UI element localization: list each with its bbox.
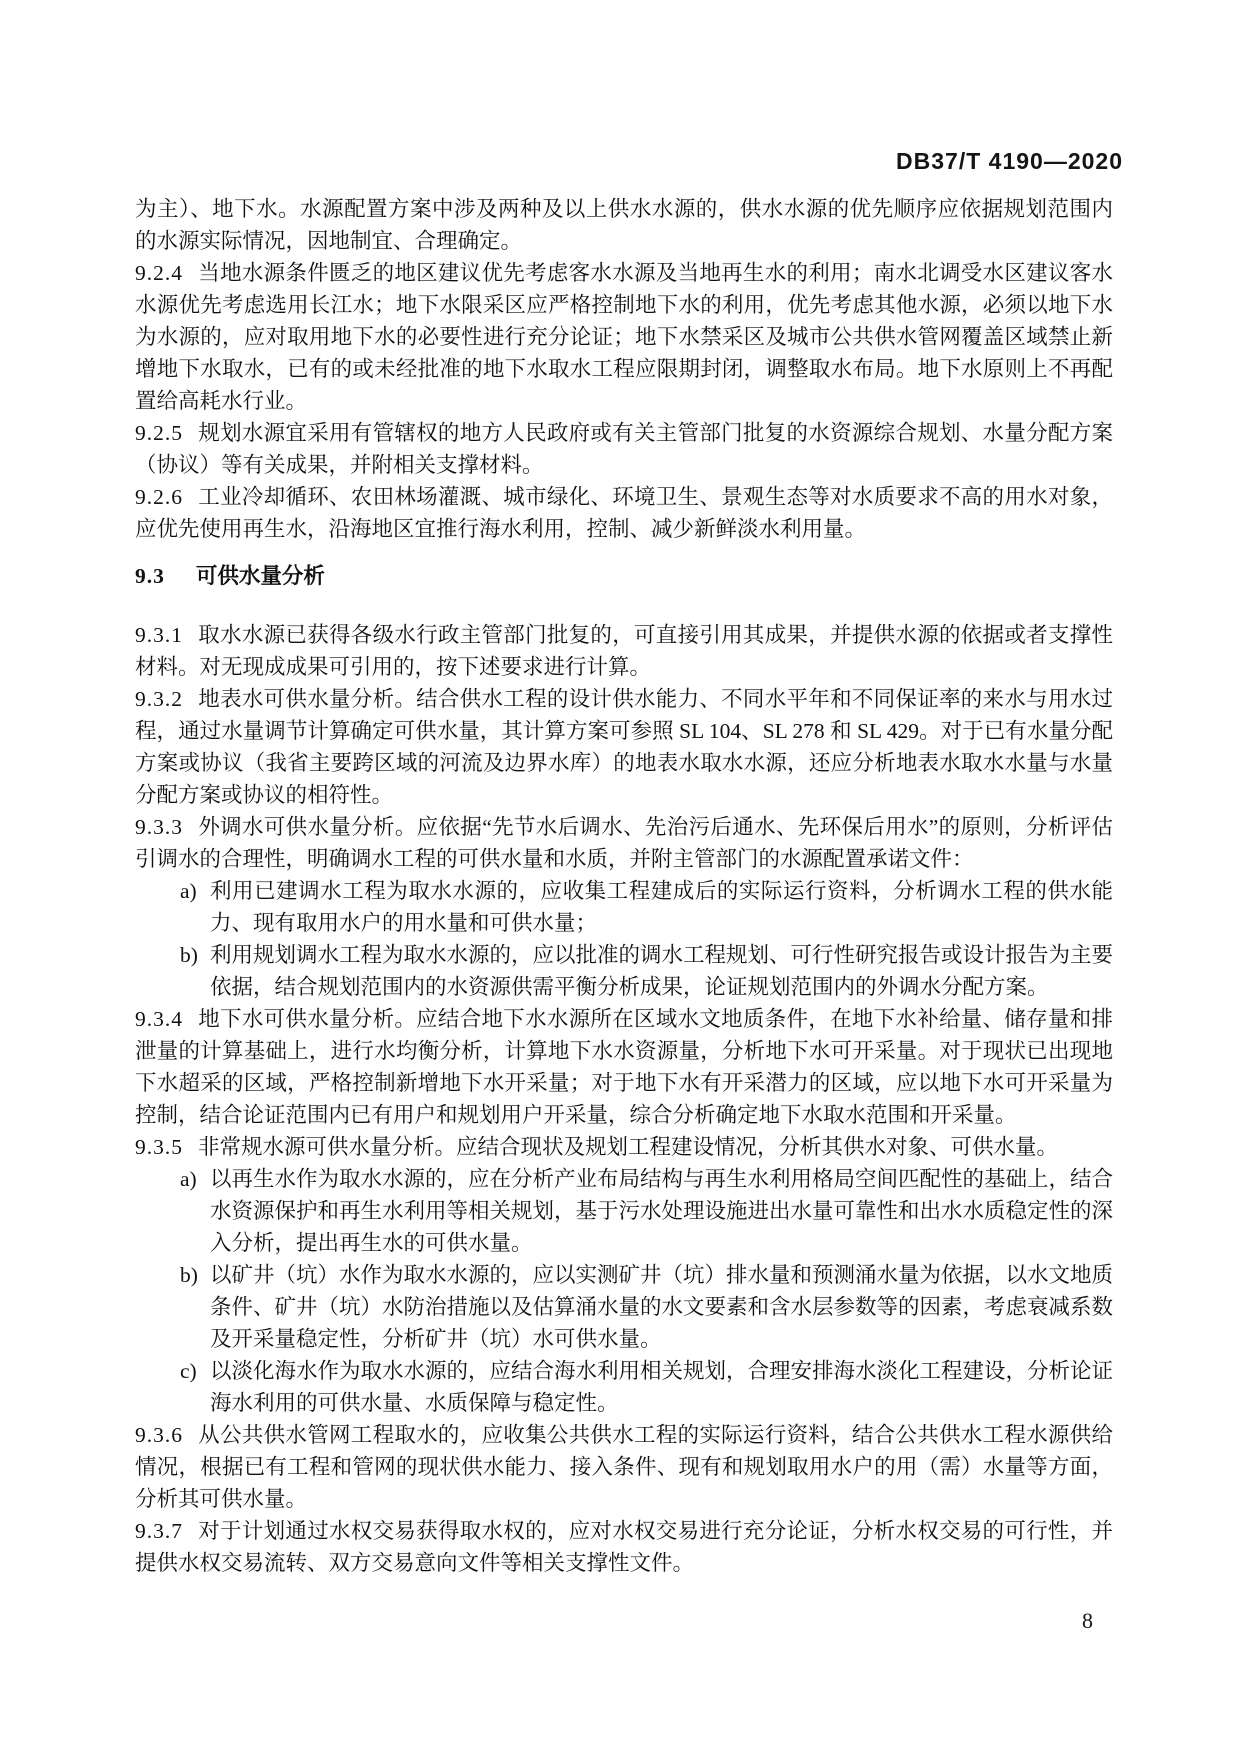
clause-paragraph: 9.3.2地表水可供水量分析。结合供水工程的设计供水能力、不同水平年和不同保证率… xyxy=(135,683,1113,811)
paragraph-text: 地表水可供水量分析。结合供水工程的设计供水能力、不同水平年和不同保证率的来水与用… xyxy=(135,687,1113,807)
clause-paragraph: 9.2.4当地水源条件匮乏的地区建议优先考虑客水水源及当地再生水的利用；南水北调… xyxy=(135,257,1113,417)
paragraph-text: 从公共供水管网工程取水的，应收集公共供水工程的实际运行资料，结合公共供水工程水源… xyxy=(135,1423,1113,1511)
document-page: DB37/T 4190—2020 为主）、地下水。水源配置方案中涉及两种及以上供… xyxy=(0,0,1241,1755)
paragraph-text: 以矿井（坑）水作为取水水源的，应以实测矿井（坑）排水量和预测涌水量为依据，以水文… xyxy=(210,1263,1113,1351)
paragraph-text: 非常规水源可供水量分析。应结合现状及规划工程建设情况，分析其供水对象、可供水量。 xyxy=(198,1135,1058,1159)
clause-paragraph: 9.3.4地下水可供水量分析。应结合地下水水源所在区域水文地质条件，在地下水补给… xyxy=(135,1003,1113,1131)
clause-number: 9.2.6 xyxy=(135,481,198,513)
list-marker: a) xyxy=(180,1163,197,1195)
list-item: b)利用规划调水工程为取水水源的，应以批准的调水工程规划、可行性研究报告或设计报… xyxy=(135,939,1113,1003)
clause-paragraph: 9.2.6工业冷却循环、农田林场灌溉、城市绿化、环境卫生、景观生态等对水质要求不… xyxy=(135,481,1113,545)
clause-paragraph: 9.3.1取水水源已获得各级水行政主管部门批复的，可直接引用其成果，并提供水源的… xyxy=(135,619,1113,683)
paragraph-text: 对于计划通过水权交易获得取水权的，应对水权交易进行充分论证，分析水权交易的可行性… xyxy=(135,1519,1113,1575)
clause-number: 9.3.6 xyxy=(135,1419,198,1451)
paragraph-text: 以再生水作为取水水源的，应在分析产业布局结构与再生水利用格局空间匹配性的基础上，… xyxy=(210,1167,1113,1255)
doc-code-header: DB37/T 4190—2020 xyxy=(896,148,1123,175)
page-number: 8 xyxy=(1082,1608,1093,1634)
list-marker: a) xyxy=(180,875,197,907)
paragraph-text: 取水水源已获得各级水行政主管部门批复的，可直接引用其成果，并提供水源的依据或者支… xyxy=(135,623,1113,679)
clause-number: 9.2.4 xyxy=(135,257,198,289)
list-item: c)以淡化海水作为取水水源的，应结合海水利用相关规划，合理安排海水淡化工程建设，… xyxy=(135,1355,1113,1419)
section-heading: 9.3可供水量分析 xyxy=(135,560,1113,592)
clause-number: 9.3.7 xyxy=(135,1515,198,1547)
paragraph-text: 工业冷却循环、农田林场灌溉、城市绿化、环境卫生、景观生态等对水质要求不高的用水对… xyxy=(135,485,1113,541)
clause-number: 9.3.2 xyxy=(135,683,198,715)
clause-paragraph: 9.2.5规划水源宜采用有管辖权的地方人民政府或有关主管部门批复的水资源综合规划… xyxy=(135,417,1113,481)
paragraph-text: 利用规划调水工程为取水水源的，应以批准的调水工程规划、可行性研究报告或设计报告为… xyxy=(210,943,1113,999)
clause-number: 9.2.5 xyxy=(135,417,198,449)
clause-number: 9.3 xyxy=(135,560,196,592)
clause-number: 9.3.4 xyxy=(135,1003,198,1035)
clause-number: 9.3.3 xyxy=(135,811,198,843)
clause-paragraph: 9.3.7对于计划通过水权交易获得取水权的，应对水权交易进行充分论证，分析水权交… xyxy=(135,1515,1113,1579)
paragraph-text: 利用已建调水工程为取水水源的，应收集工程建成后的实际运行资料，分析调水工程的供水… xyxy=(210,879,1113,935)
clause-number: 9.3.1 xyxy=(135,619,198,651)
paragraph-text: 地下水可供水量分析。应结合地下水水源所在区域水文地质条件，在地下水补给量、储存量… xyxy=(135,1007,1113,1127)
list-marker: c) xyxy=(180,1355,197,1387)
clause-number: 9.3.5 xyxy=(135,1131,198,1163)
paragraph-text: 外调水可供水量分析。应依据“先节水后调水、先治污后通水、先环保后用水”的原则，分… xyxy=(135,815,1113,871)
heading-text: 可供水量分析 xyxy=(196,564,325,588)
clause-paragraph: 9.3.6从公共供水管网工程取水的，应收集公共供水工程的实际运行资料，结合公共供… xyxy=(135,1419,1113,1515)
paragraph-text: 为主）、地下水。水源配置方案中涉及两种及以上供水水源的，供水水源的优先顺序应依据… xyxy=(135,197,1113,253)
paragraph-text: 当地水源条件匮乏的地区建议优先考虑客水水源及当地再生水的利用；南水北调受水区建议… xyxy=(135,261,1113,413)
paragraph-text: 规划水源宜采用有管辖权的地方人民政府或有关主管部门批复的水资源综合规划、水量分配… xyxy=(135,421,1113,477)
clause-paragraph: 9.3.3外调水可供水量分析。应依据“先节水后调水、先治污后通水、先环保后用水”… xyxy=(135,811,1113,875)
list-item: a)以再生水作为取水水源的，应在分析产业布局结构与再生水利用格局空间匹配性的基础… xyxy=(135,1163,1113,1259)
list-item: a)利用已建调水工程为取水水源的，应收集工程建成后的实际运行资料，分析调水工程的… xyxy=(135,875,1113,939)
continuation-paragraph: 为主）、地下水。水源配置方案中涉及两种及以上供水水源的，供水水源的优先顺序应依据… xyxy=(135,193,1113,257)
clause-paragraph: 9.3.5非常规水源可供水量分析。应结合现状及规划工程建设情况，分析其供水对象、… xyxy=(135,1131,1113,1163)
list-marker: b) xyxy=(180,1259,198,1291)
list-item: b)以矿井（坑）水作为取水水源的，应以实测矿井（坑）排水量和预测涌水量为依据，以… xyxy=(135,1259,1113,1355)
list-marker: b) xyxy=(180,939,198,971)
document-body: 为主）、地下水。水源配置方案中涉及两种及以上供水水源的，供水水源的优先顺序应依据… xyxy=(135,193,1113,1579)
paragraph-text: 以淡化海水作为取水水源的，应结合海水利用相关规划，合理安排海水淡化工程建设，分析… xyxy=(210,1359,1113,1415)
